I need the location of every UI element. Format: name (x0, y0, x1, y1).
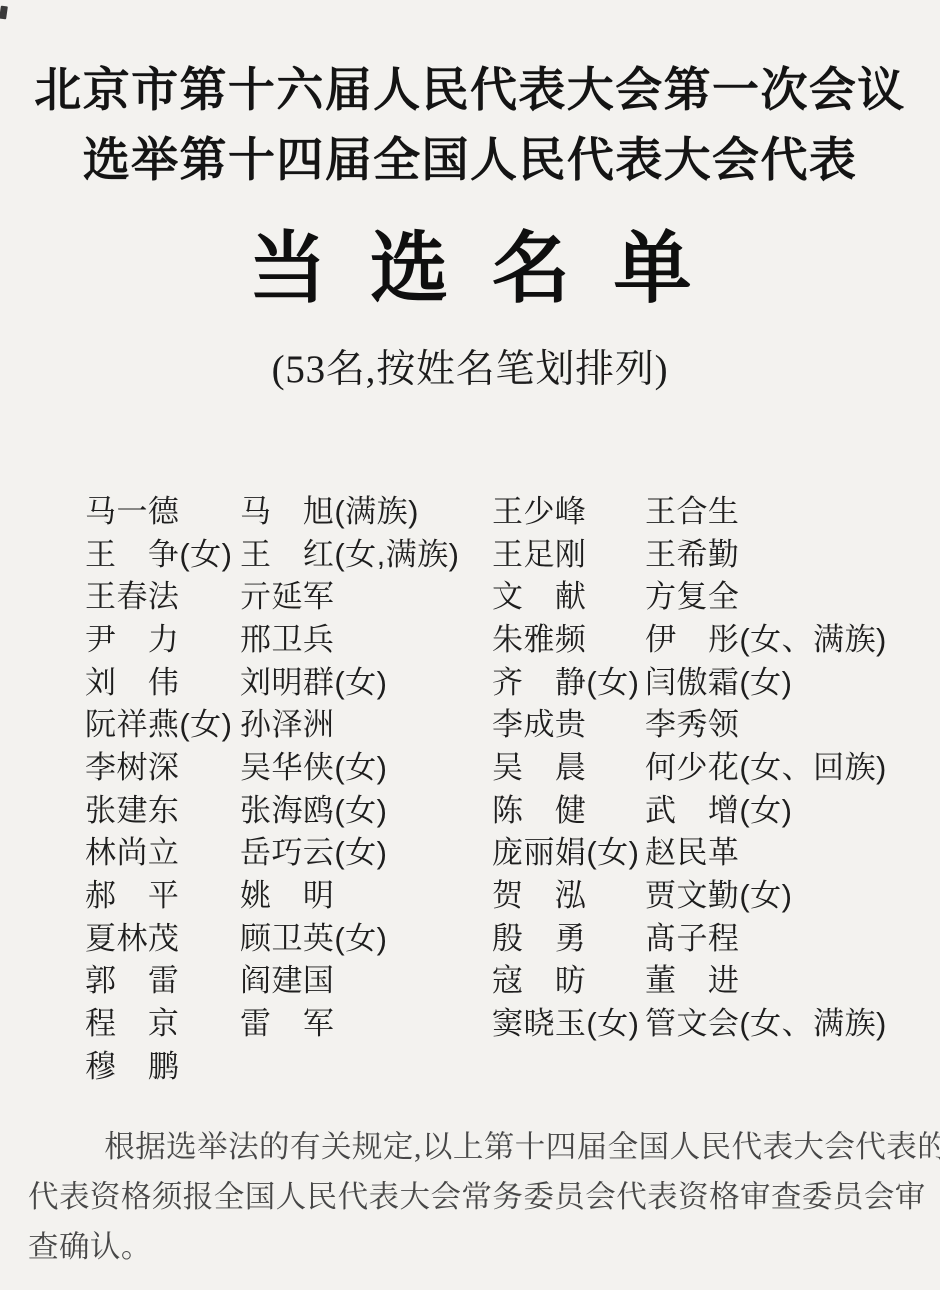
name-entry: 方复全 (645, 572, 915, 615)
name-entry: 王足刚 (492, 530, 645, 573)
list-count-note: (53名,按姓名笔划排列) (0, 345, 940, 395)
announcement-document: 北京市第十六届人民代表大会第一次会议 选举第十四届全国人民代表大会代表 当选名单… (0, 0, 940, 1290)
name-entry: 王春法 (85, 572, 240, 615)
name-entry: 王少峰 (492, 487, 645, 530)
name-entry: 王合生 (645, 487, 915, 530)
name-entry: 张建东 (85, 786, 240, 829)
name-entry: 贾文勤(女) (645, 871, 915, 914)
name-entry: 寇 昉 (492, 957, 645, 1000)
name-entry: 王希勤 (645, 530, 915, 573)
name-entry: 刘 伟 (85, 658, 240, 701)
name-entry: 文 献 (492, 572, 645, 615)
name-entry: 伊 彤(女、满族) (645, 615, 915, 658)
name-entry: 郭 雷 (85, 957, 240, 1000)
name-entry: 董 进 (645, 957, 915, 1000)
name-entry: 管文会(女、满族) (645, 999, 915, 1042)
name-entry: 王 争(女) (85, 530, 240, 573)
name-entry: 张海鸥(女) (240, 786, 492, 829)
name-entry: 刘明群(女) (240, 658, 492, 701)
name-entry: 武 增(女) (645, 786, 915, 829)
name-entry: 李秀领 (645, 700, 915, 743)
name-entry: 庞丽娟(女) (492, 829, 645, 872)
name-entry: 赵民革 (645, 829, 915, 872)
name-entry: 阮祥燕(女) (85, 700, 240, 743)
qualification-note-line: 查确认。 (28, 1222, 914, 1272)
name-entry: 阎建国 (240, 957, 492, 1000)
name-entry: 尹 力 (85, 615, 240, 658)
name-entry: 顾卫英(女) (240, 914, 492, 957)
name-entry: 李成贵 (492, 700, 645, 743)
name-entry: 岳巧云(女) (240, 829, 492, 872)
name-entry: 穆 鹏 (85, 1042, 240, 1085)
document-title-line1: 北京市第十六届人民代表大会第一次会议 (0, 55, 940, 125)
name-entry: 邢卫兵 (240, 615, 492, 658)
name-entry: 郝 平 (85, 871, 240, 914)
name-entry: 亓延军 (240, 572, 492, 615)
name-entry: 殷 勇 (492, 914, 645, 957)
name-entry: 夏林茂 (85, 914, 240, 957)
name-entry: 髙子程 (645, 914, 915, 957)
name-entry: 吴华侠(女) (240, 743, 492, 786)
name-entry: 贺 泓 (492, 871, 645, 914)
qualification-note: 根据选举法的有关规定,以上第十四届全国人民代表大会代表的 代表资格须报全国人民代… (28, 1122, 914, 1272)
name-entry: 齐 静(女) (492, 658, 645, 701)
document-title-line2: 选举第十四届全国人民代表大会代表 (0, 125, 940, 195)
name-entry: 何少花(女、回族) (645, 743, 915, 786)
name-entry: 闫傲霜(女) (645, 658, 915, 701)
name-entry: 陈 健 (492, 786, 645, 829)
elected-names-list: 马一德马 旭(满族)王少峰王合生王 争(女)王 红(女,满族)王足刚王希勤王春法… (85, 487, 915, 1085)
name-entry: 朱雅频 (492, 615, 645, 658)
name-entry: 李树深 (85, 743, 240, 786)
name-entry: 马一德 (85, 487, 240, 530)
name-entry: 姚 明 (240, 871, 492, 914)
qualification-note-line: 根据选举法的有关规定,以上第十四届全国人民代表大会代表的 (28, 1122, 914, 1172)
name-entry: 王 红(女,满族) (240, 530, 492, 573)
name-entry: 雷 军 (240, 999, 492, 1042)
qualification-note-line: 代表资格须报全国人民代表大会常务委员会代表资格审查委员会审 (28, 1172, 914, 1222)
name-entry: 窦晓玉(女) (492, 999, 645, 1042)
name-entry: 林尚立 (85, 829, 240, 872)
scan-artifact-speck (0, 6, 8, 20)
elected-list-title: 当选名单 (0, 223, 940, 315)
name-entry: 马 旭(满族) (240, 487, 492, 530)
name-entry: 孙泽洲 (240, 700, 492, 743)
name-entry: 程 京 (85, 999, 240, 1042)
name-entry: 吴 晨 (492, 743, 645, 786)
